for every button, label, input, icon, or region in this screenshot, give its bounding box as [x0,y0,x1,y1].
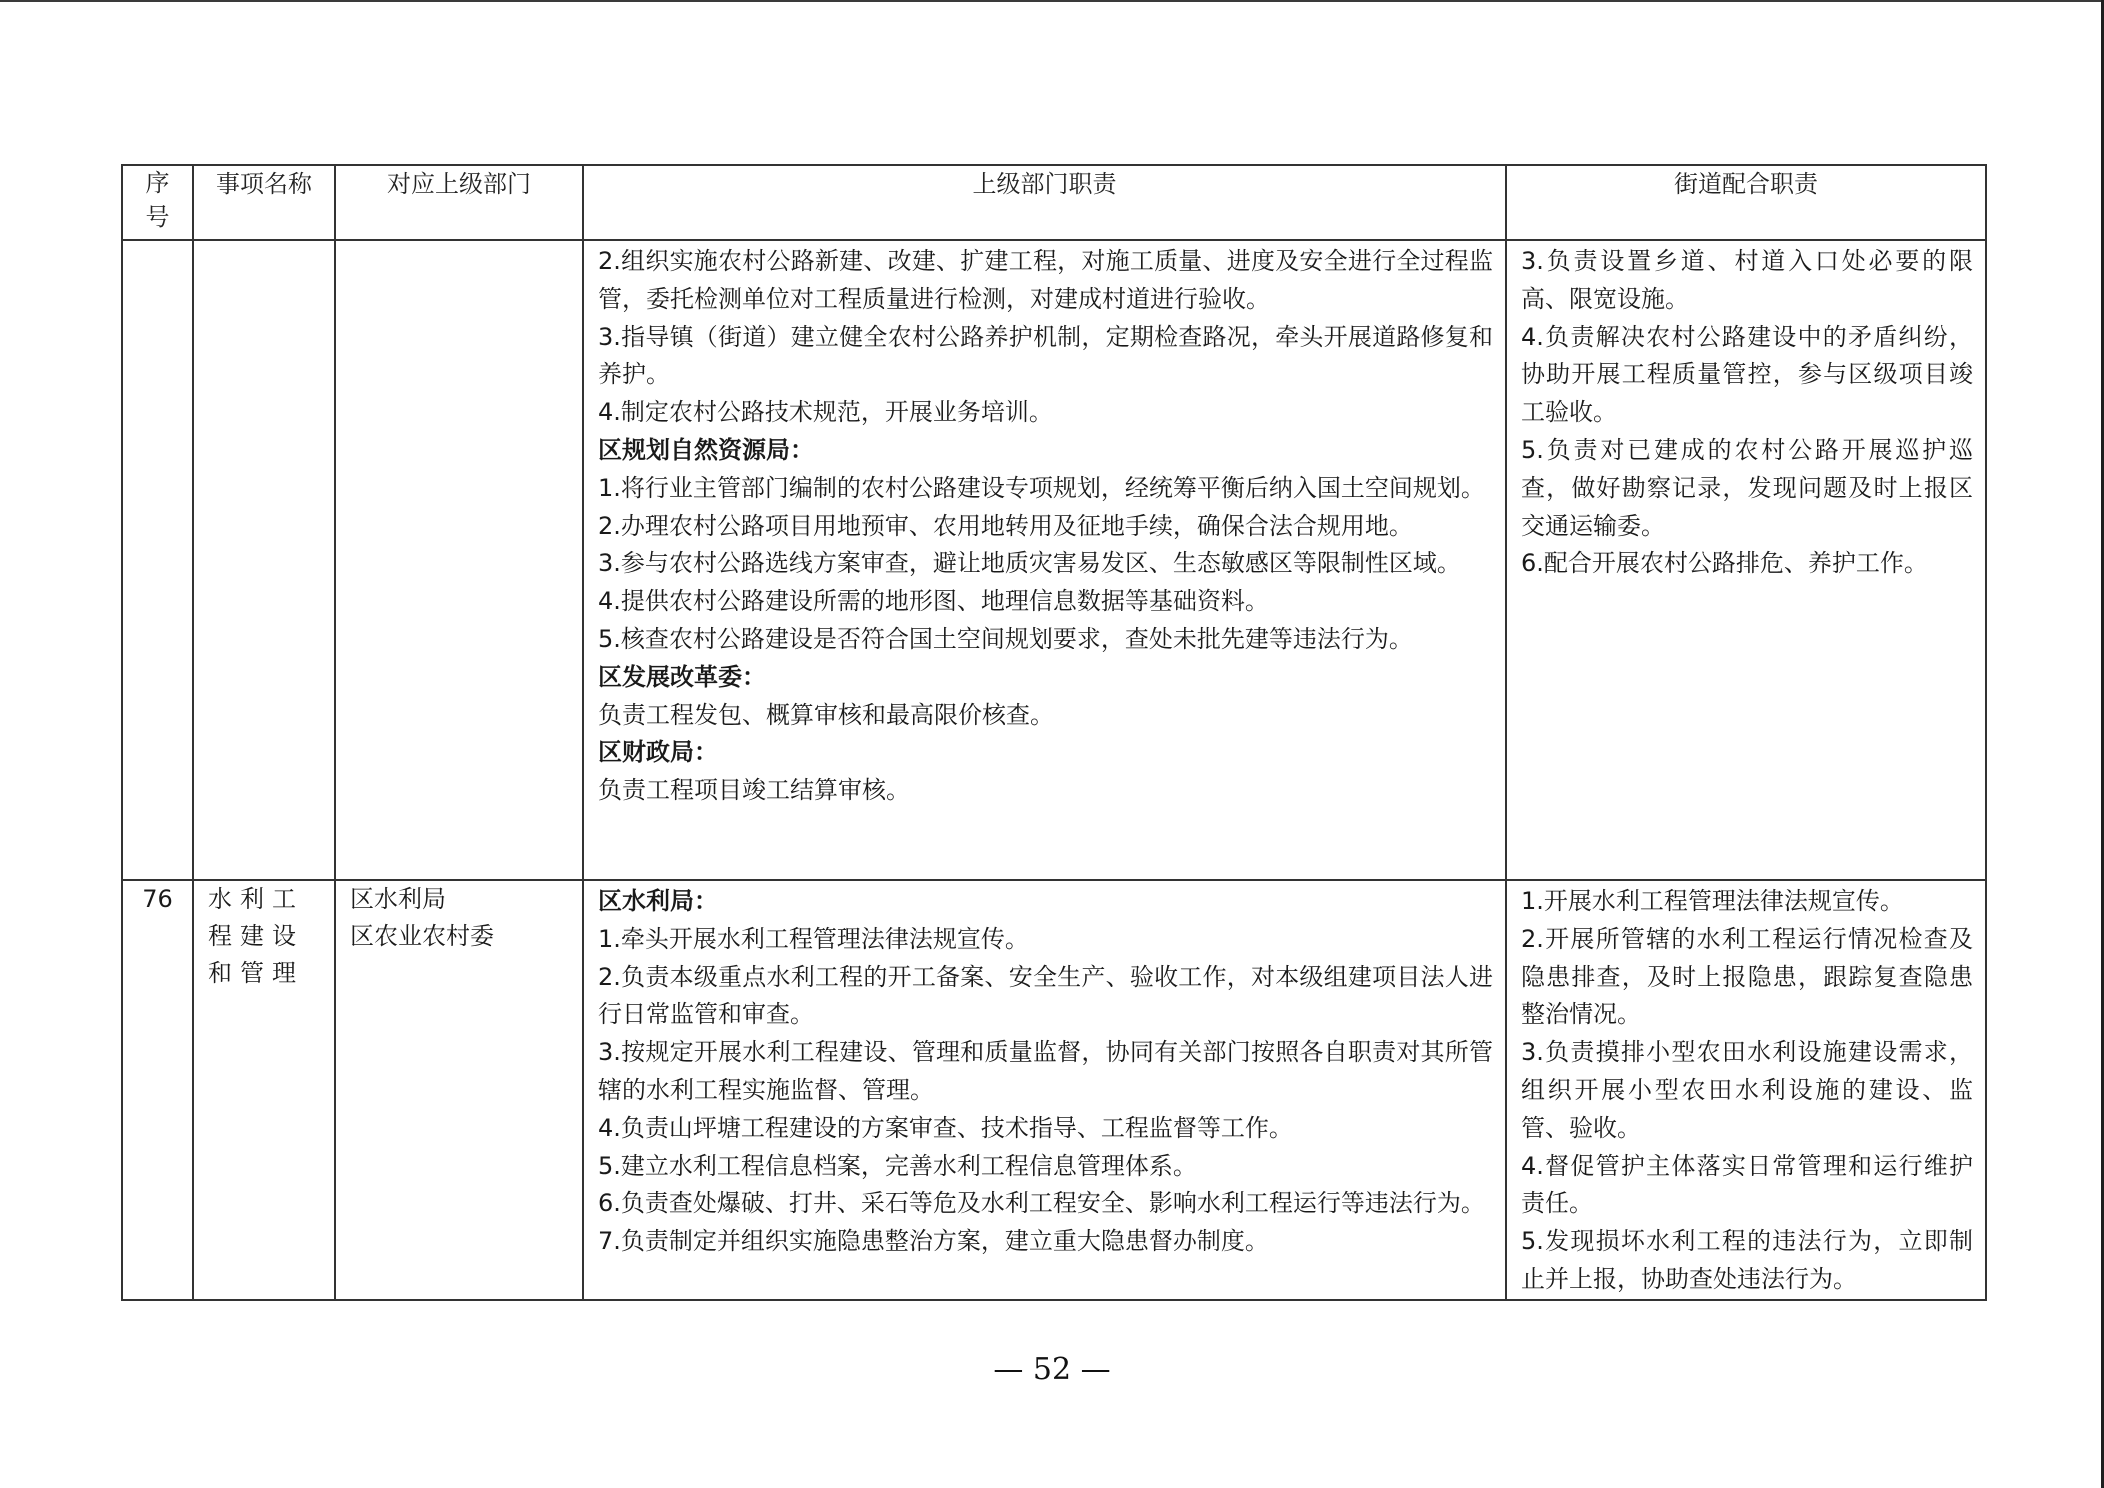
dept-heading: 区发展改革委： [598,659,1493,697]
item-name-cell: 水利工程建设和管理 [193,880,335,1300]
header-seq: 序号 [122,165,193,240]
upper-dept-cell [335,240,583,880]
duty-line: 7.负责制定并组织实施隐患整治方案，建立重大隐患督办制度。 [598,1223,1493,1261]
duty-line: 1.牵头开展水利工程管理法律法规宣传。 [598,921,1493,959]
street-duty-line: 5.负责对已建成的农村公路开展巡护巡查，做好勘察记录，发现问题及时上报区交通运输… [1521,432,1973,545]
table-row: 2.组织实施农村公路新建、改建、扩建工程，对施工质量、进度及安全进行全过程监管，… [122,240,1986,880]
duty-line: 负责工程项目竣工结算审核。 [598,772,1493,810]
dept-heading: 区水利局： [598,883,1493,921]
seq-cell [122,240,193,880]
dept-name: 区农业农村委 [350,918,572,955]
page-frame-top-edge [0,0,2104,2]
street-duty-line: 4.负责解决农村公路建设中的矛盾纠纷，协助开展工程质量管控，参与区级项目竣工验收… [1521,319,1973,432]
item-name-cell [193,240,335,880]
table-row: 76 水利工程建设和管理 区水利局 区农业农村委 区水利局： 1.牵头开展水利工… [122,880,1986,1300]
duty-line: 3.参与农村公路选线方案审查，避让地质灾害易发区、生态敏感区等限制性区域。 [598,545,1493,583]
street-duty-line: 2.开展所管辖的水利工程运行情况检查及隐患排查，及时上报隐患，跟踪复查隐患整治情… [1521,921,1973,1034]
duty-line: 3.指导镇（街道）建立健全农村公路养护机制，定期检查路况，牵头开展道路修复和养护… [598,319,1493,395]
dept-name: 区水利局 [350,881,572,918]
duty-line: 3.按规定开展水利工程建设、管理和质量监督，协同有关部门按照各自职责对其所管辖的… [598,1034,1493,1110]
duty-line: 5.建立水利工程信息档案，完善水利工程信息管理体系。 [598,1148,1493,1186]
dept-heading: 区规划自然资源局： [598,432,1493,470]
duty-line: 5.核查农村公路建设是否符合国土空间规划要求，查处未批先建等违法行为。 [598,621,1493,659]
street-duty-line: 1.开展水利工程管理法律法规宣传。 [1521,883,1973,921]
street-duties-cell: 1.开展水利工程管理法律法规宣传。 2.开展所管辖的水利工程运行情况检查及隐患排… [1506,880,1986,1300]
item-name-text: 水利工程建设和管理 [194,881,334,992]
duty-line: 4.负责山坪塘工程建设的方案审查、技术指导、工程监督等工作。 [598,1110,1493,1148]
duty-line: 负责工程发包、概算审核和最高限价核查。 [598,697,1493,735]
street-duty-line: 3.负责摸排小型农田水利设施建设需求，组织开展小型农田水利设施的建设、监管、验收… [1521,1034,1973,1147]
street-duty-line: 3.负责设置乡道、村道入口处必要的限高、限宽设施。 [1521,243,1973,319]
street-duty-line: 4.督促管护主体落实日常管理和运行维护责任。 [1521,1148,1973,1224]
duty-line: 1.将行业主管部门编制的农村公路建设专项规划，经统筹平衡后纳入国土空间规划。 [598,470,1493,508]
dept-heading: 区财政局： [598,734,1493,772]
upper-dept-cell: 区水利局 区农业农村委 [335,880,583,1300]
header-street-duties: 街道配合职责 [1506,165,1986,240]
street-duty-line: 6.配合开展农村公路排危、养护工作。 [1521,545,1973,583]
seq-cell: 76 [122,880,193,1300]
header-upper-dept: 对应上级部门 [335,165,583,240]
duty-line: 4.提供农村公路建设所需的地形图、地理信息数据等基础资料。 [598,583,1493,621]
table-header-row: 序号 事项名称 对应上级部门 上级部门职责 街道配合职责 [122,165,1986,240]
upper-duties-cell: 区水利局： 1.牵头开展水利工程管理法律法规宣传。 2.负责本级重点水利工程的开… [583,880,1506,1300]
street-duty-line: 5.发现损坏水利工程的违法行为，立即制止并上报，协助查处违法行为。 [1521,1223,1973,1299]
duty-line: 6.负责查处爆破、打井、采石等危及水利工程安全、影响水利工程运行等违法行为。 [598,1185,1493,1223]
street-duties-cell: 3.负责设置乡道、村道入口处必要的限高、限宽设施。 4.负责解决农村公路建设中的… [1506,240,1986,880]
page-number: — 52 — [0,1352,2104,1387]
header-seq-label: 序号 [145,166,171,234]
header-upper-duties: 上级部门职责 [583,165,1506,240]
duty-table: 序号 事项名称 对应上级部门 上级部门职责 街道配合职责 2.组织实施农村公路新… [121,164,1987,1301]
duty-line: 4.制定农村公路技术规范，开展业务培训。 [598,394,1493,432]
duty-line: 2.负责本级重点水利工程的开工备案、安全生产、验收工作，对本级组建项目法人进行日… [598,959,1493,1035]
upper-duties-cell: 2.组织实施农村公路新建、改建、扩建工程，对施工质量、进度及安全进行全过程监管，… [583,240,1506,880]
duty-line: 2.组织实施农村公路新建、改建、扩建工程，对施工质量、进度及安全进行全过程监管，… [598,243,1493,319]
header-item-name: 事项名称 [193,165,335,240]
duty-line: 2.办理农村公路项目用地预审、农用地转用及征地手续，确保合法合规用地。 [598,508,1493,546]
